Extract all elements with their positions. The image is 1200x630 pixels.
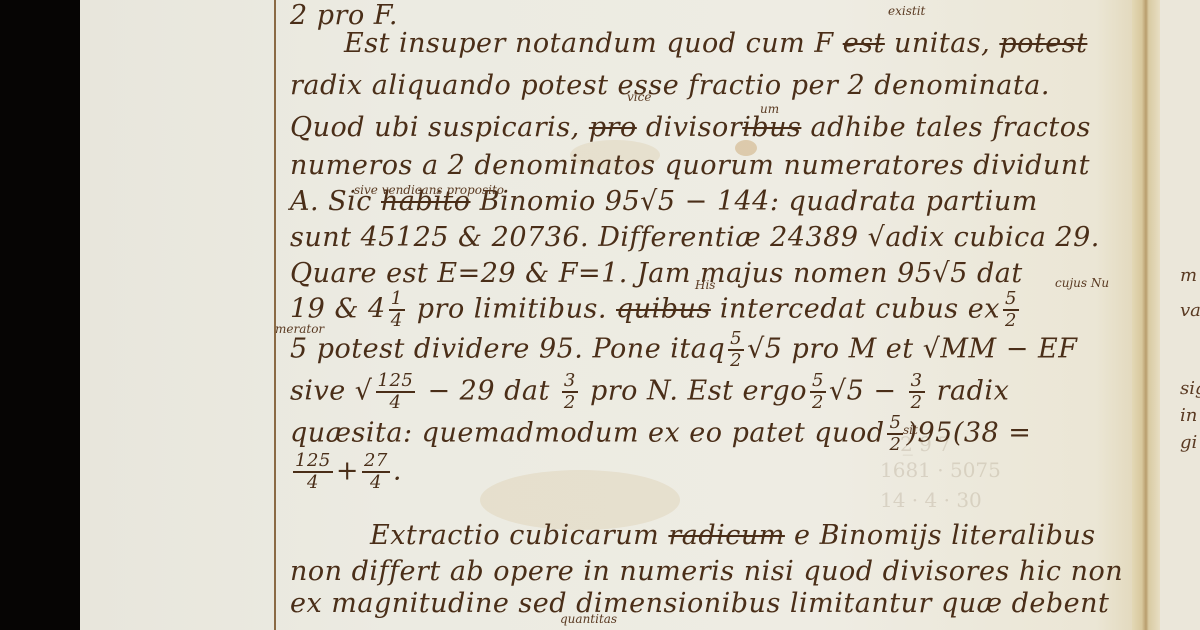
line-text: √5 pro M et √MM − EF	[747, 334, 1077, 365]
line-text: sive √	[290, 376, 373, 407]
struck-word: radicum	[668, 520, 785, 551]
fraction: 52	[887, 414, 903, 454]
fraction: 32	[909, 372, 925, 412]
line-text: quæsita: quemadmodum ex eo patet quod	[290, 418, 884, 449]
manuscript-line: Est insuper notandum quod cum F est unit…	[290, 28, 1087, 59]
facing-page-fragment: sig	[1180, 378, 1200, 399]
facing-page-fragment: gi	[1180, 432, 1197, 453]
manuscript-line: sive √1254 − 29 dat 32 pro N. Est ergo52…	[290, 372, 1009, 412]
scan-background	[0, 0, 80, 630]
numerator: 5	[728, 330, 744, 351]
line-text: sunt 45125 & 20736. Differentiæ 24389 √a…	[290, 222, 1100, 253]
interlinear-note: merator	[275, 322, 324, 336]
line-text: 2 pro F.	[290, 0, 398, 31]
line-text: unitas,	[885, 28, 999, 59]
manuscript-line: Extractio cubicarum radicum e Binomijs l…	[290, 520, 1096, 551]
interlinear-note: His	[695, 278, 715, 292]
line-text: − 29 dat	[418, 376, 559, 407]
fraction: 52	[810, 372, 826, 412]
struck-word: quibus	[616, 294, 711, 325]
line-text: Extractio cubicarum	[370, 520, 668, 551]
line-text: radix aliquando potest esse fractio per …	[290, 70, 1050, 101]
numerator: 125	[376, 372, 416, 393]
fraction: 52	[1003, 290, 1019, 330]
fraction: 14	[389, 290, 405, 330]
manuscript-line: non differt ab opere in numeris nisi quo…	[290, 556, 1123, 587]
fraction: 32	[562, 372, 578, 412]
plus-sign: +	[336, 456, 359, 487]
numerator: 125	[293, 452, 333, 473]
denominator: 2	[812, 393, 824, 412]
denominator: 4	[391, 311, 403, 330]
margin-rule	[274, 0, 276, 630]
book-gutter	[1132, 0, 1160, 630]
manuscript-line: 5 potest dividere 95. Pone itaq52√5 pro …	[290, 330, 1077, 370]
denominator: 2	[564, 393, 576, 412]
fraction: 1254	[376, 372, 416, 412]
numerator: 1	[389, 290, 405, 311]
line-text: Quare est E=29 & F=1. Jam majus nomen 95…	[290, 258, 1023, 289]
interlinear-note: existit	[888, 4, 925, 18]
line-text: 19 & 4	[290, 294, 386, 325]
bleed-through-text: 1681 · 5075	[880, 458, 1001, 482]
line-text: Binomio 95√5 − 144: quadrata partium	[471, 186, 1038, 217]
manuscript-line: sunt 45125 & 20736. Differentiæ 24389 √a…	[290, 222, 1100, 253]
line-text: ex magnitudine sed dimensionibus limitan…	[290, 588, 1109, 619]
manuscript-line: numeros a 2 denominatos quorum numerator…	[290, 150, 1090, 181]
line-text: intercedat cubus ex	[711, 294, 1000, 325]
line-text: radix	[928, 376, 1010, 407]
interlinear-note: sive vendicans proposito	[354, 183, 504, 197]
facing-page-fragment: in	[1180, 405, 1197, 426]
fraction: 1254	[293, 452, 333, 492]
facing-page-fragment: va	[1180, 300, 1200, 321]
line-text: pro limitibus.	[408, 294, 616, 325]
numerator: 27	[362, 452, 390, 473]
facing-page-fragment: m	[1180, 265, 1197, 286]
fraction: 274	[362, 452, 390, 492]
manuscript-line: 2 pro F.	[290, 0, 398, 31]
manuscript-line: 19 & 414 pro limitibus. quibus interceda…	[290, 290, 1022, 330]
denominator: 2	[1005, 311, 1017, 330]
manuscript-line: radix aliquando potest esse fractio per …	[290, 70, 1050, 101]
line-text: √5 −	[829, 376, 906, 407]
denominator: 4	[370, 473, 382, 492]
line-text: divisor	[637, 112, 742, 143]
manuscript-line: ex magnitudine sed dimensionibus limitan…	[290, 588, 1109, 619]
bleed-through-text: 14 · 4 · 30	[880, 488, 982, 512]
numerator: 3	[909, 372, 925, 393]
interlinear-note: um	[760, 102, 779, 116]
line-text: .	[393, 456, 402, 487]
line-text: 5 potest dividere 95. Pone itaq	[290, 334, 725, 365]
numerator: 5	[887, 414, 903, 435]
struck-word: est	[843, 28, 885, 59]
manuscript-line: Quare est E=29 & F=1. Jam majus nomen 95…	[290, 258, 1023, 289]
line-text: numeros a 2 denominatos quorum numerator…	[290, 150, 1090, 181]
struck-word: pro	[589, 112, 637, 143]
manuscript-line: quæsita: quemadmodum ex eo patet quod52)…	[290, 414, 1031, 454]
denominator: 2	[889, 435, 901, 454]
struck-word: potest	[999, 28, 1087, 59]
manuscript-line: Quod ubi suspicaris, pro divisoribus adh…	[290, 112, 1091, 143]
line-text: Est insuper notandum quod cum F	[344, 28, 834, 59]
denominator: 2	[911, 393, 923, 412]
denominator: 2	[730, 351, 742, 370]
interlinear-note: vice	[627, 90, 651, 104]
line-text: non differt ab opere in numeris nisi quo…	[290, 556, 1123, 587]
numerator: 3	[562, 372, 578, 393]
line-text: e Binomijs literalibus	[785, 520, 1096, 551]
interlinear-note: cujus Nu	[1055, 276, 1109, 290]
manuscript-line: 1254+274.	[290, 452, 402, 492]
numerator: 5	[810, 372, 826, 393]
denominator: 4	[389, 393, 401, 412]
line-text: Quod ubi suspicaris,	[290, 112, 589, 143]
numerator: 5	[1003, 290, 1019, 311]
fraction: 52	[728, 330, 744, 370]
interlinear-note: sit	[903, 423, 918, 437]
line-text: )95(38 =	[906, 418, 1031, 449]
interlinear-note: quantitas	[560, 612, 617, 626]
line-text: adhibe tales fractos	[801, 112, 1090, 143]
line-text: pro N. Est ergo	[581, 376, 807, 407]
struck-word: ibus	[742, 112, 801, 143]
denominator: 4	[307, 473, 319, 492]
